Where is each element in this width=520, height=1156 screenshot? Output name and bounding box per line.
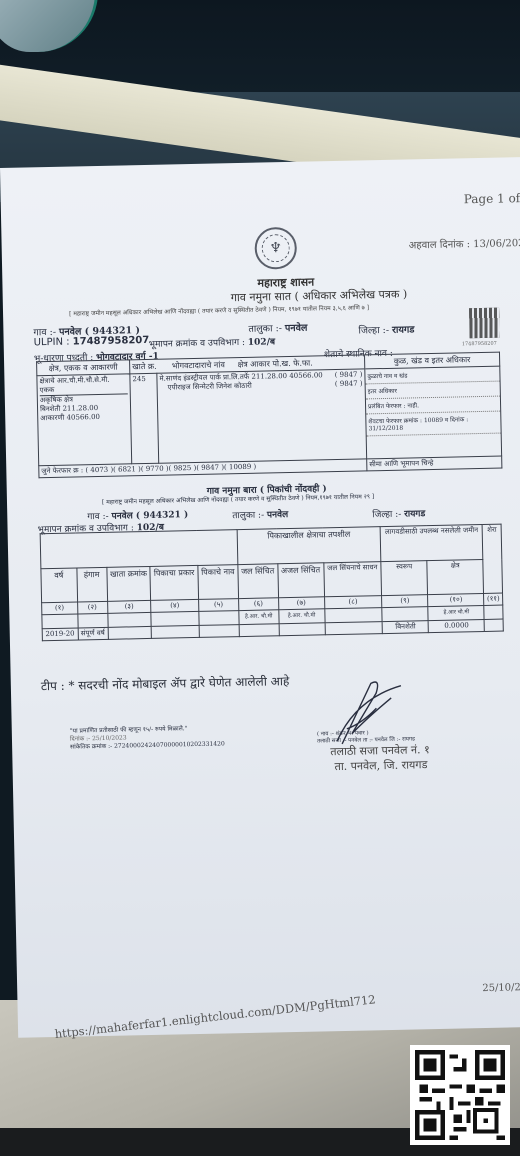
crop-register-subtitle: [ महाराष्ट्र जमीन महसूल अधिकार अभिलेख आण… [102, 492, 374, 506]
ulpin: ULPIN : 17487958207 [34, 335, 150, 348]
colnum-4: (४) [151, 599, 199, 612]
col-year: वर्ष [41, 568, 77, 603]
colnum-5: (५) [198, 599, 238, 612]
lamp-icon: ♆ [261, 234, 290, 263]
crop-district-value: रायगड [404, 509, 425, 519]
report-date: अहवाल दिनांक : 13/06/2023 [409, 235, 520, 252]
crop-group-header: पिकाखालील क्षेत्राचा तपशील [237, 527, 381, 565]
maharashtra-emblem-icon: ♆ [254, 227, 297, 270]
colnum-9: (९) [382, 595, 428, 608]
crop-district: जिल्हा :- रायगड [372, 506, 425, 520]
row-nature: बिनशेती [382, 621, 428, 634]
form-title: गाव नमुना सात ( अधिकार अभिलेख पत्रक ) [231, 287, 408, 306]
land-record-document: Page 1 of 1 अहवाल दिनांक : 13/06/2023 ♆ … [0, 157, 520, 1038]
unavailable-land-header: लागवडीसाठी उपलब्ध नसलेली जमीन [380, 524, 483, 561]
unit-10: हे.आर चौ.मी [428, 605, 484, 620]
row-season: संपूर्ण वर्ष [78, 627, 108, 640]
old-mutations-label: जुने फेरफार क्र : [41, 466, 83, 475]
unit-4 [151, 611, 199, 626]
row-crop-type [151, 625, 199, 638]
row-remarks [484, 619, 503, 631]
col-area: क्षेत्र [427, 559, 484, 594]
qr-code-icon [410, 1045, 510, 1145]
row-non-irrigated [279, 623, 325, 636]
row-irrigated [239, 624, 279, 637]
mobile-app-note: टीप : * सदरची नोंद मोबाइल ॲप द्वारे घेणे… [41, 672, 290, 694]
taluka-value: पनवेल [285, 323, 308, 334]
crop-district-label: जिल्हा :- [372, 510, 401, 521]
account-no: 245 [130, 373, 159, 464]
unit-5 [199, 611, 239, 626]
col-crop-name: पिकाचे नाव [198, 565, 239, 600]
crop-taluka: तालुका :- पनवेल [232, 507, 288, 521]
col-irrigated: जल सिंचित [238, 564, 278, 599]
district: जिल्हा :- रायगड [358, 322, 414, 336]
col-season: हंगाम [76, 567, 107, 602]
survey-number: भूमापन क्रमांक व उपविभाग : 102/ब [149, 334, 276, 350]
unit-7: हे.आर. चौ.मी [278, 609, 324, 624]
survey-label: भूमापन क्रमांक व उपविभाग : [149, 338, 245, 350]
district-value: रायगड [392, 324, 415, 335]
assessment: आकारणी 40566.00 [40, 412, 128, 423]
row-crop-name [199, 625, 239, 638]
taluka-label: तालुका :- [248, 323, 282, 335]
unit-9 [382, 607, 428, 622]
row-year: 2019-20 [42, 628, 78, 641]
col-nature: स्वरूप [381, 561, 428, 596]
crop-blank-header [40, 530, 238, 569]
col-area-cols: क्षेत्र आकार पो.ख. फे.फा. [237, 358, 312, 369]
rights-cell: कुळाचे नाव व खंड इतर अधिकार प्रलंबित फेर… [365, 366, 502, 459]
col-irrigation-source: जल सिंचनाचे साधन [323, 562, 381, 597]
holder-name-line2: एपीराइज सिन्मेटरी जिनेश कोठारी [160, 382, 252, 393]
row-irrigation-source [325, 622, 383, 635]
col-account: खाता क्रमांक [107, 566, 151, 601]
col-account-no: खाते क्र. [132, 362, 157, 372]
ulpin-label: ULPIN : [34, 337, 70, 349]
mutation-ref-2: ( 9847 ) [335, 379, 363, 389]
unit-11 [484, 605, 503, 619]
survey-value: 102/ब [248, 337, 275, 348]
unit-8 [324, 608, 382, 623]
crop-taluka-label: तालुका :- [232, 511, 264, 522]
unit-1 [42, 614, 78, 629]
unit-6: हे.आर. चौ.मी [239, 610, 279, 625]
ulpin-value: 17487958207 [73, 335, 150, 348]
colnum-3: (३) [107, 600, 151, 613]
crop-taluka-value: पनवेल [267, 510, 288, 520]
holder-cell: मे.साणंद इंडस्ट्रीयल पार्क प्रा.लि.तर्फे… [157, 369, 367, 463]
table-row: क्षेत्राचे आर.चौ.मी.चौ.से.मी. एकक अकृषिक… [37, 366, 502, 466]
area-block: क्षेत्राचे आर.चौ.मी.चौ.से.मी. एकक अकृषिक… [37, 374, 132, 466]
qr-code-icon [469, 308, 500, 339]
unit-3 [108, 612, 152, 627]
qr-pattern [415, 1050, 505, 1140]
report-date-value: 13/06/2023 [473, 238, 520, 250]
stamp-line-2: ता. पनवेल, जि. रायगड [334, 757, 427, 774]
colnum-7: (७) [278, 597, 324, 610]
col-remarks: शेरा [482, 524, 502, 593]
col-holder-name: भोगवटादाराचे नांव [172, 360, 225, 370]
district-label: जिल्हा :- [358, 325, 389, 337]
old-mutations-value: ( 4073 )( 6821 )( 9770 )( 9825 )( 9847 )… [85, 463, 256, 475]
qr-code-number: 17487958207 [462, 341, 497, 348]
rights-last-mutation: शेवटचा फेरफार क्रमांक : 10089 व दिनांक :… [366, 412, 500, 437]
row-account [108, 626, 152, 639]
page-indicator: Page 1 of 1 [464, 191, 520, 206]
row-area: 0.0000 [428, 619, 484, 632]
fee-line: "या प्रमाणित प्रतीसाठी फी म्हणून १५/- रु… [70, 724, 188, 734]
crop-table: पिकाखालील क्षेत्राचा तपशील लागवडीसाठी उप… [40, 524, 504, 642]
footer-date: 25/10/2023 [482, 982, 520, 994]
colnum-6: (६) [238, 598, 278, 611]
col-non-irrigated: अजल सिंचित [277, 563, 324, 598]
form-subtitle: [ महाराष्ट्र जमीन महसूल अधिकार अभिलेख आण… [69, 303, 369, 317]
boundary-label: सीमा आणि भूमापन चिन्हे [367, 456, 502, 471]
colnum-1: (१) [42, 602, 78, 615]
colnum-2: (२) [77, 601, 107, 614]
taluka: तालुका :- पनवेल [248, 321, 307, 335]
unit-2 [77, 613, 107, 628]
ownership-table: क्षेत्र, एकक व आकारणी खाते क्र. भोगवटादा… [36, 352, 502, 479]
colnum-11: (११) [484, 593, 503, 605]
report-date-label: अहवाल दिनांक : [409, 239, 471, 251]
col-crop-type: पिकाचा प्रकार [150, 565, 198, 600]
